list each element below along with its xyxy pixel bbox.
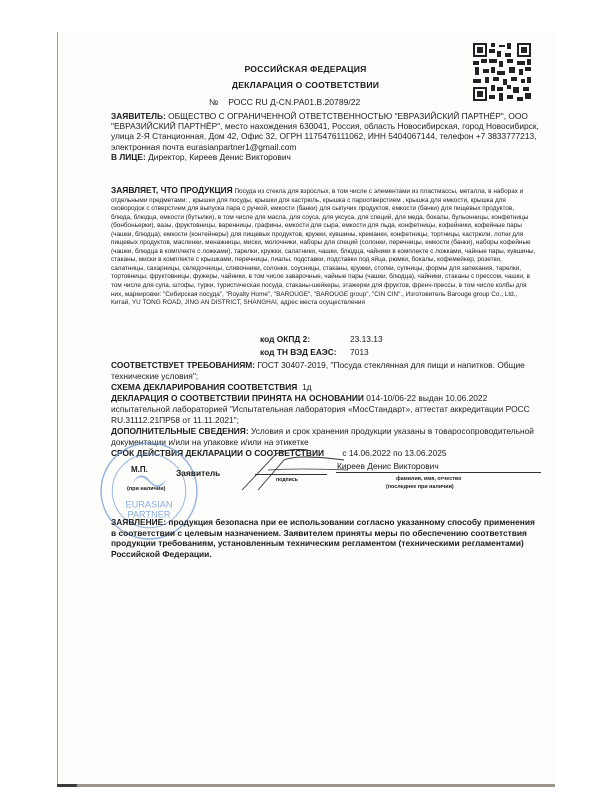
signature-caption: подпись xyxy=(276,477,298,483)
validity-dates: с 14.06.2022 по 13.06.2025 xyxy=(342,448,446,458)
product-label: ЗАЯВЛЯЕТ, ЧТО ПРОДУКЦИЯ xyxy=(111,185,233,195)
extra-label: ДОПОЛНИТЕЛЬНЫЕ СВЕДЕНИЯ: xyxy=(111,426,249,436)
applicant-text: ОБЩЕСТВО С ОГРАНИЧЕННОЙ ОТВЕТСТВЕННОСТЬЮ… xyxy=(111,111,539,152)
tnved-code: код ТН ВЭД ЕАЭС: 7013 xyxy=(260,347,337,357)
document-title: ДЕКЛАРАЦИЯ О СООТВЕТСТВИИ xyxy=(0,80,611,90)
statement-section: ЗАЯВЛЕНИЕ: продукция безопасна при ее ис… xyxy=(111,517,541,559)
product-section: ЗАЯВЛЯЕТ, ЧТО ПРОДУКЦИЯ Посуда из стекла… xyxy=(111,186,536,308)
basis-label: ДЕКЛАРАЦИЯ О СООТВЕТСТВИИ ПРИНЯТА НА ОСН… xyxy=(111,393,364,403)
tnved-label: код ТН ВЭД ЕАЭС: xyxy=(260,347,337,357)
signature-icon xyxy=(238,446,348,496)
name-caption-note: (последнее при наличии) xyxy=(386,484,454,490)
document-number: №РОСС RU Д-CN.РА01.В.20789/22 xyxy=(209,97,360,107)
tnved-value: 7013 xyxy=(350,347,369,357)
basis-section: ДЕКЛАРАЦИЯ О СООТВЕТСТВИИ ПРИНЯТА НА ОСН… xyxy=(111,393,541,425)
signer-name: Киреев Денис Викторович xyxy=(337,461,439,471)
scheme-section: СХЕМА ДЕКЛАРИРОВАНИЯ СООТВЕТСТВИЯ 1д xyxy=(111,382,541,392)
person-label: В ЛИЦЕ: xyxy=(111,152,146,162)
page-edge xyxy=(57,784,555,787)
okpd-value: 23.13.13 xyxy=(350,334,383,344)
okpd-code: код ОКПД 2: 23.13.13 xyxy=(260,334,310,344)
name-caption: фамилия, имя, отчество xyxy=(396,476,461,482)
applicant-sign-label: Заявитель xyxy=(176,468,220,478)
signature-line xyxy=(255,474,327,475)
scheme-value: 1д xyxy=(302,382,312,392)
seal-label: М.П. xyxy=(131,465,148,474)
applicant-label: ЗАЯВИТЕЛЬ: xyxy=(111,111,166,121)
product-text: Посуда из стекла для взрослых, в том чис… xyxy=(111,188,535,306)
applicant-section: ЗАЯВИТЕЛЬ: ОБЩЕСТВО С ОГРАНИЧЕННОЙ ОТВЕТ… xyxy=(111,111,541,162)
svg-text:EURASIAN: EURASIAN xyxy=(126,499,173,509)
scheme-label: СХЕМА ДЕКЛАРИРОВАНИЯ СООТВЕТСТВИЯ xyxy=(111,382,297,392)
okpd-label: код ОКПД 2: xyxy=(260,334,310,344)
requirements-section: СООТВЕТСТВУЕТ ТРЕБОВАНИЯМ: ГОСТ 30407-20… xyxy=(111,360,541,382)
seal-note: (при наличии) xyxy=(127,486,165,492)
number-value: РОСС RU Д-CN.РА01.В.20789/22 xyxy=(228,97,360,107)
country-heading: РОССИЙСКАЯ ФЕДЕРАЦИЯ xyxy=(0,64,611,74)
requirements-label: СООТВЕТСТВУЕТ ТРЕБОВАНИЯМ: xyxy=(111,360,255,370)
name-line xyxy=(336,472,541,473)
number-sign: № xyxy=(209,97,218,107)
person-value: Директор, Киреев Денис Викторович xyxy=(148,152,291,162)
